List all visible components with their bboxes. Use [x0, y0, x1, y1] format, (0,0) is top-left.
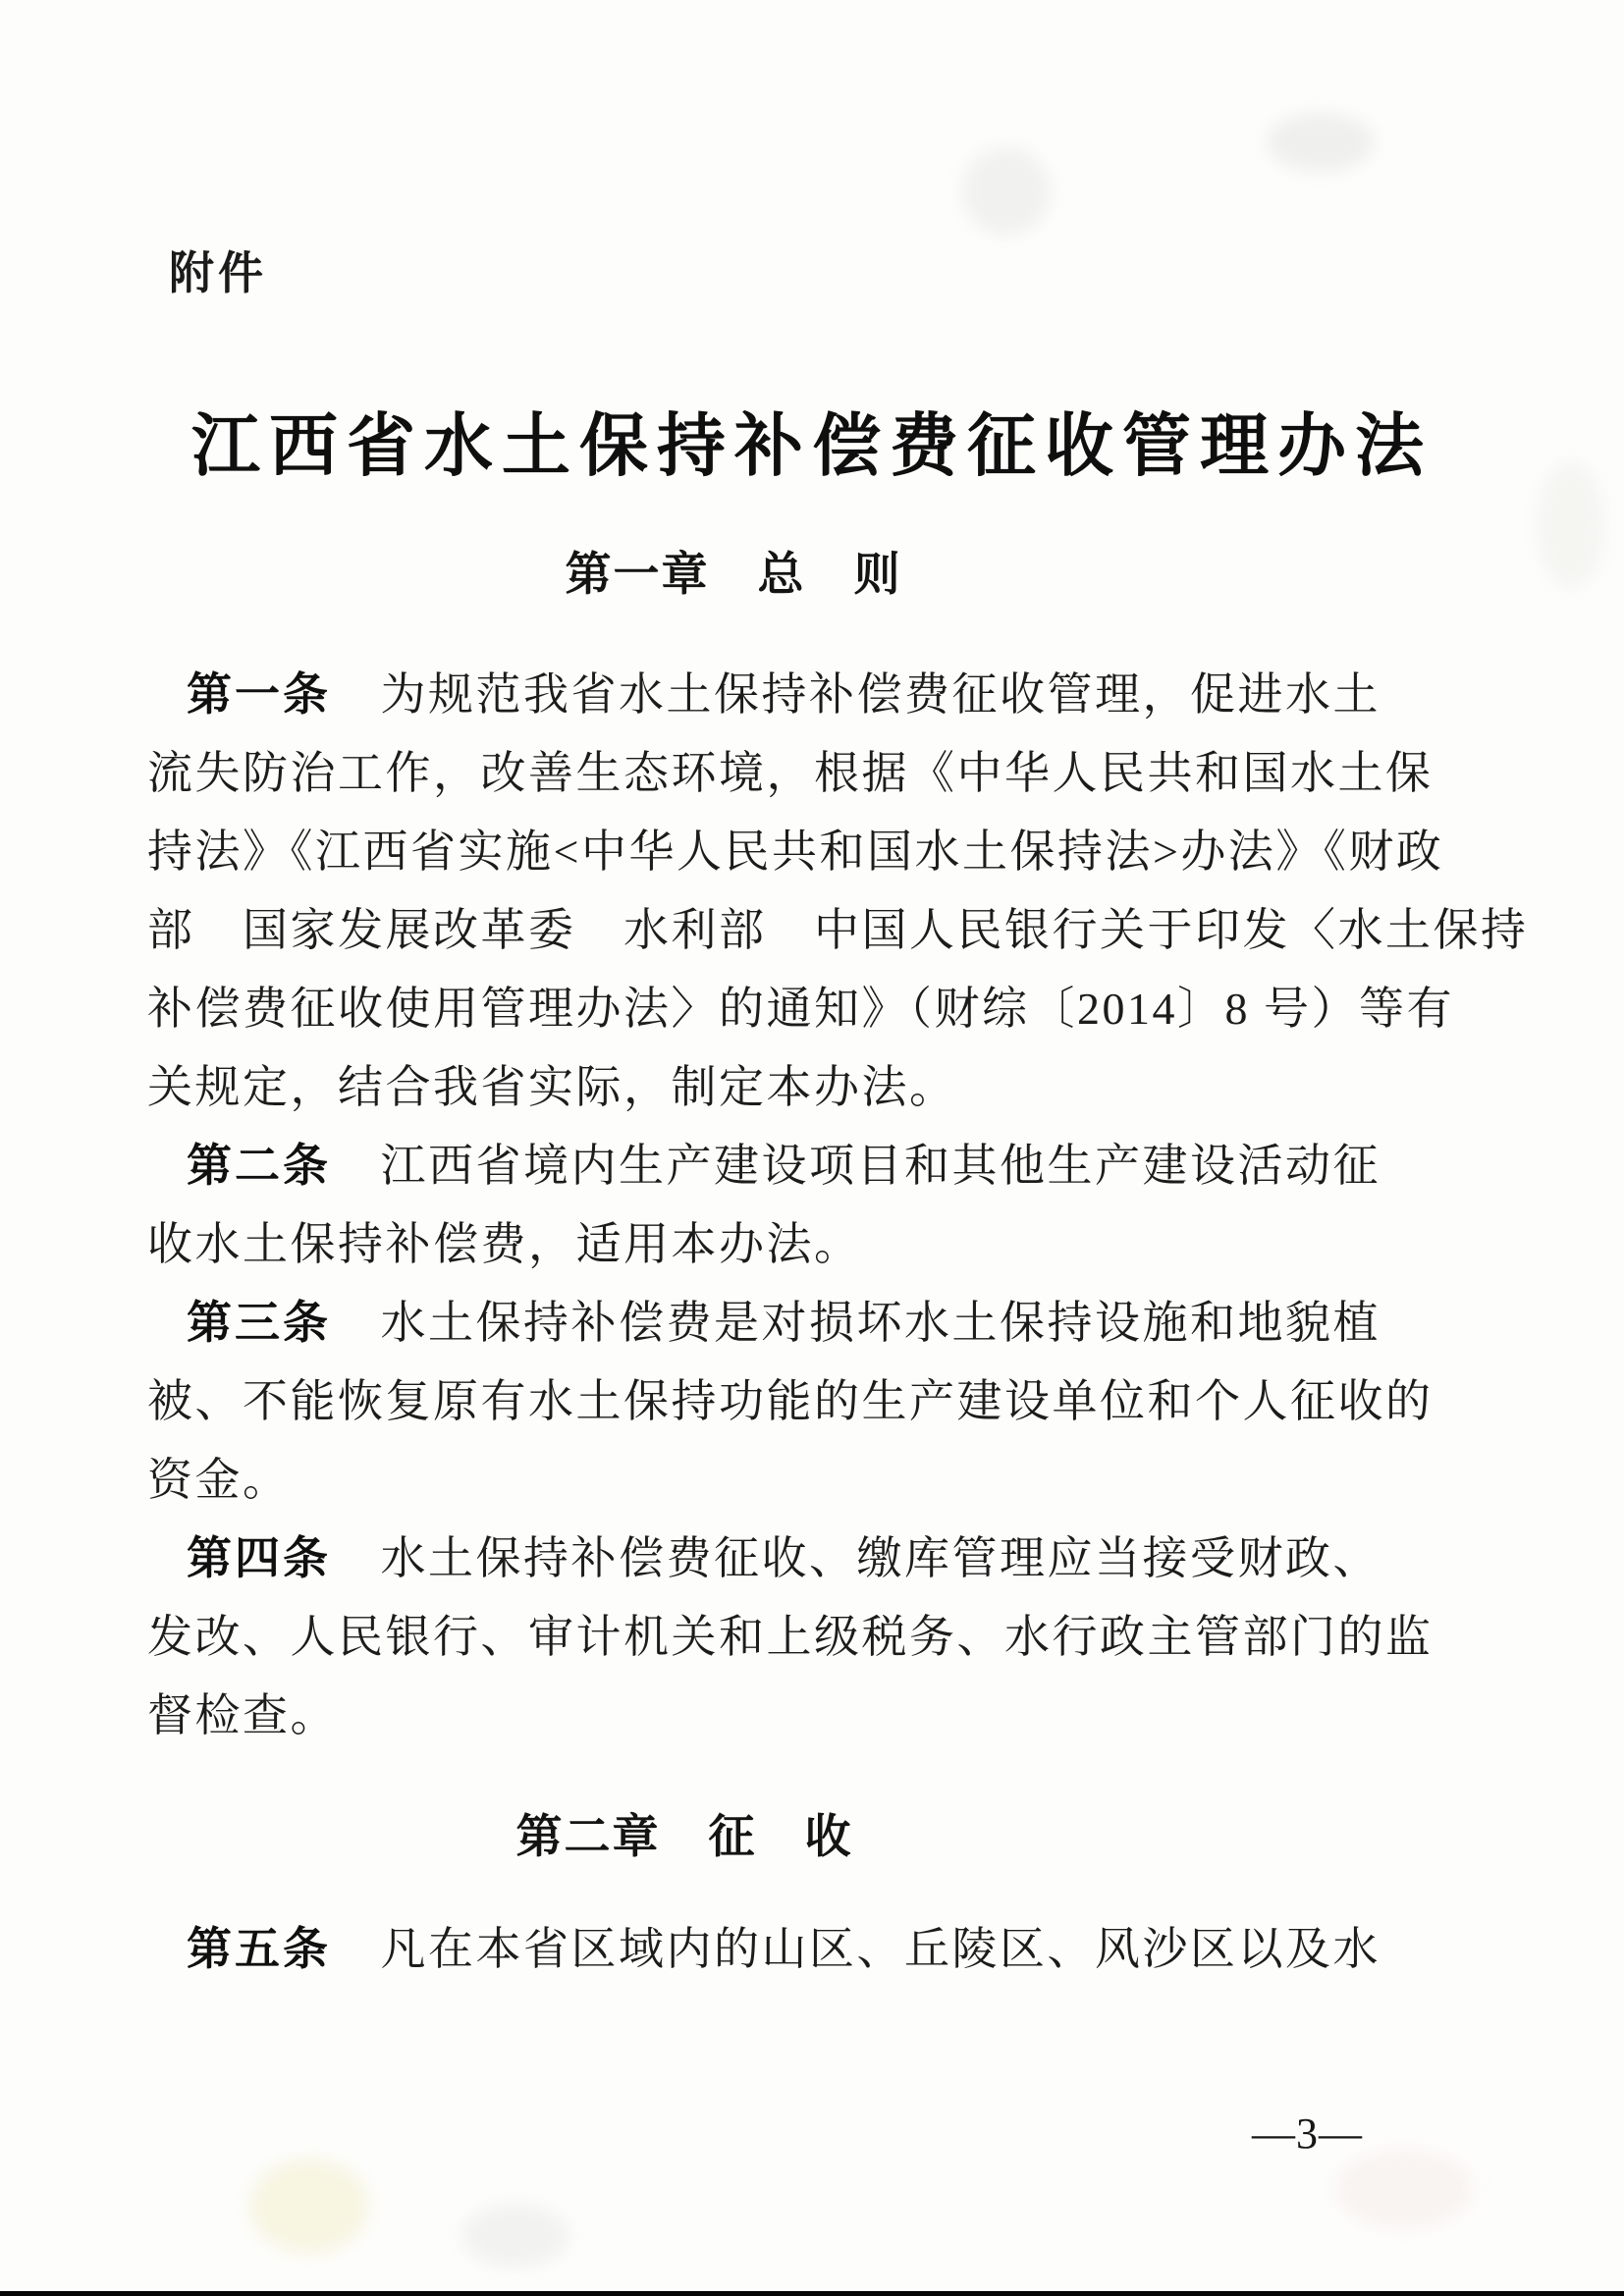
attachment-label: 附件 [169, 238, 267, 302]
chapter-1-body: 第一条 为规范我省水土保持补偿费征收管理，促进水土流失防治工作，改善生态环境，根… [147, 656, 1487, 1755]
article-number: 第四条 [187, 1533, 331, 1583]
article-number: 第三条 [187, 1298, 331, 1348]
scan-artifact [461, 2204, 569, 2268]
body-line: 发改、人民银行、审计机关和上级税务、水行政主管部门的监 [147, 1598, 1487, 1677]
body-line: 收水土保持补偿费，适用本办法。 [147, 1205, 1487, 1284]
scanner-bottom-edge [0, 2291, 1624, 2296]
body-line: 补偿费征收使用管理办法〉的通知》（财综〔2014〕8 号）等有 [147, 970, 1487, 1048]
page-number: —3— [1252, 2109, 1363, 2159]
body-line: 流失防治工作，改善生态环境，根据《中华人民共和国水土保 [147, 734, 1487, 813]
body-line: 第四条 水土保持补偿费征收、缴库管理应当接受财政、 [147, 1520, 1487, 1598]
scan-artifact [250, 2160, 368, 2253]
chapter-2-body: 第五条 凡在本省区域内的山区、丘陵区、风沙区以及水 [147, 1910, 1487, 1989]
body-line: 部 国家发展改革委 水利部 中国人民银行关于印发〈水土保持 [147, 891, 1487, 970]
chapter-1-heading: 第一章 总 则 [0, 538, 1545, 604]
body-line: 被、不能恢复原有水土保持功能的生产建设单位和个人征收的 [147, 1362, 1487, 1441]
body-line: 资金。 [147, 1441, 1487, 1520]
article-number: 第一条 [187, 669, 331, 720]
body-line: 第三条 水土保持补偿费是对损坏水土保持设施和地貌植 [147, 1284, 1487, 1362]
scan-artifact [1267, 113, 1375, 172]
scan-artifact [1335, 2150, 1473, 2228]
article-number: 第五条 [187, 1924, 331, 1974]
body-line: 第一条 为规范我省水土保持补偿费征收管理，促进水土 [147, 656, 1487, 734]
body-line: 关规定，结合我省实际，制定本办法。 [147, 1048, 1487, 1127]
scanned-document-page: 附件 江西省水土保持补偿费征收管理办法 第一章 总 则 第一条 为规范我省水土保… [0, 0, 1624, 2296]
scan-artifact [962, 147, 1051, 236]
body-line: 第五条 凡在本省区域内的山区、丘陵区、风沙区以及水 [147, 1910, 1487, 1989]
body-line: 第二条 江西省境内生产建设项目和其他生产建设活动征 [147, 1127, 1487, 1205]
chapter-2-heading: 第二章 征 收 [0, 1800, 1496, 1866]
body-line: 督检查。 [147, 1677, 1487, 1755]
body-line: 持法》《江西省实施<中华人民共和国水土保持法>办法》《财政 [147, 813, 1487, 891]
article-number: 第二条 [187, 1141, 331, 1191]
document-title: 江西省水土保持补偿费征收管理办法 [0, 391, 1624, 490]
